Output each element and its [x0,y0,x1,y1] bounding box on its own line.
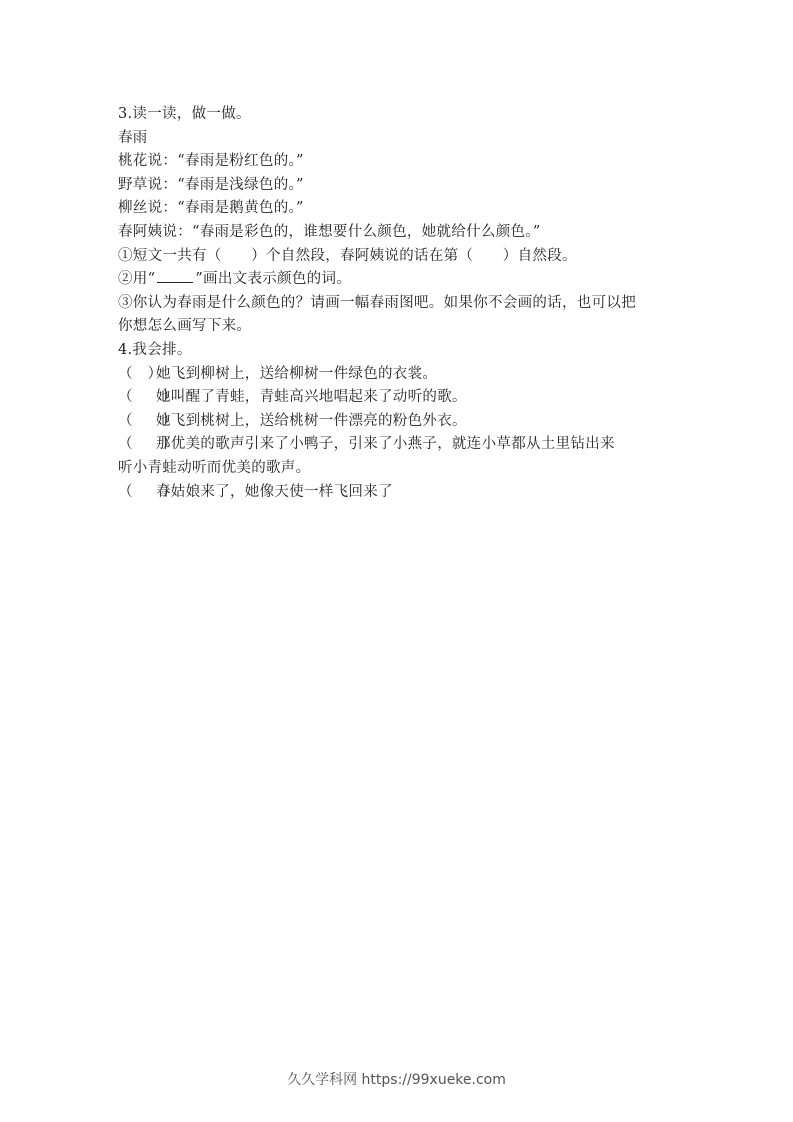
section4-heading: 4.我会排。 [118,339,678,363]
answer-paren: （ ） [118,481,156,505]
question-2-suffix: ”画出文表示颜色的词。 [195,271,351,287]
order-item-continuation: 听小青蛙动听而优美的歌声。 [118,457,678,481]
order-item-text: 她飞到桃树上，送给桃树一件漂亮的粉色外衣。 [156,413,467,429]
order-item: （ ）她飞到桃树上，送给桃树一件漂亮的粉色外衣。 [118,410,678,434]
order-item-text: 那优美的歌声引来了小鸭子，引来了小燕子，就连小草都从土里钻出来 [156,436,615,452]
section3-heading: 3.读一读，做一做。 [118,103,678,127]
answer-paren: （ ） [118,363,156,387]
order-item: （ ）春姑娘来了，她像天使一样飞回来了 [118,481,678,505]
order-item-text: 她飞到柳树上，送给柳树一件绿色的衣裳。 [156,366,437,382]
question-3-line-2: 你想怎么画写下来。 [118,315,678,339]
answer-paren: （ ） [118,386,156,410]
question-1: ①短文一共有（ ）个自然段，春阿姨说的话在第（ ）自然段。 [118,245,678,269]
order-item: （ ）她叫醒了青蛙，青蛙高兴地唱起来了动听的歌。 [118,386,678,410]
passage-line: 柳丝说：“春雨是鹅黄色的。” [118,197,678,221]
passage-line: 野草说：“春雨是浅绿色的。” [118,174,678,198]
order-item: （ ）她飞到柳树上，送给柳树一件绿色的衣裳。 [118,363,678,387]
passage-title: 春雨 [118,127,678,151]
document-page: 3.读一读，做一做。 春雨 桃花说：“春雨是粉红色的。” 野草说：“春雨是浅绿色… [118,103,678,504]
answer-paren: （ ） [118,433,156,457]
answer-paren: （ ） [118,410,156,434]
question-3-line-1: ③你认为春雨是什么颜色的？请画一幅春雨图吧。如果你不会画的话，也可以把 [118,292,678,316]
passage-line: 桃花说：“春雨是粉红色的。” [118,150,678,174]
passage-line: 春阿姨说：“春雨是彩色的，谁想要什么颜色，她就给什么颜色。” [118,221,678,245]
order-item-text: 她叫醒了青蛙，青蛙高兴地唱起来了动听的歌。 [156,389,467,405]
question-2: ②用“”画出文表示颜色的词。 [118,268,678,292]
order-item: （ ）那优美的歌声引来了小鸭子，引来了小燕子，就连小草都从土里钻出来 [118,433,678,457]
watermark-footer: 久久学科网 https://99xueke.com [0,1069,793,1089]
order-item-text: 春姑娘来了，她像天使一样飞回来了 [156,484,393,500]
underline-blank [157,268,193,283]
question-2-prefix: ②用“ [118,271,155,287]
